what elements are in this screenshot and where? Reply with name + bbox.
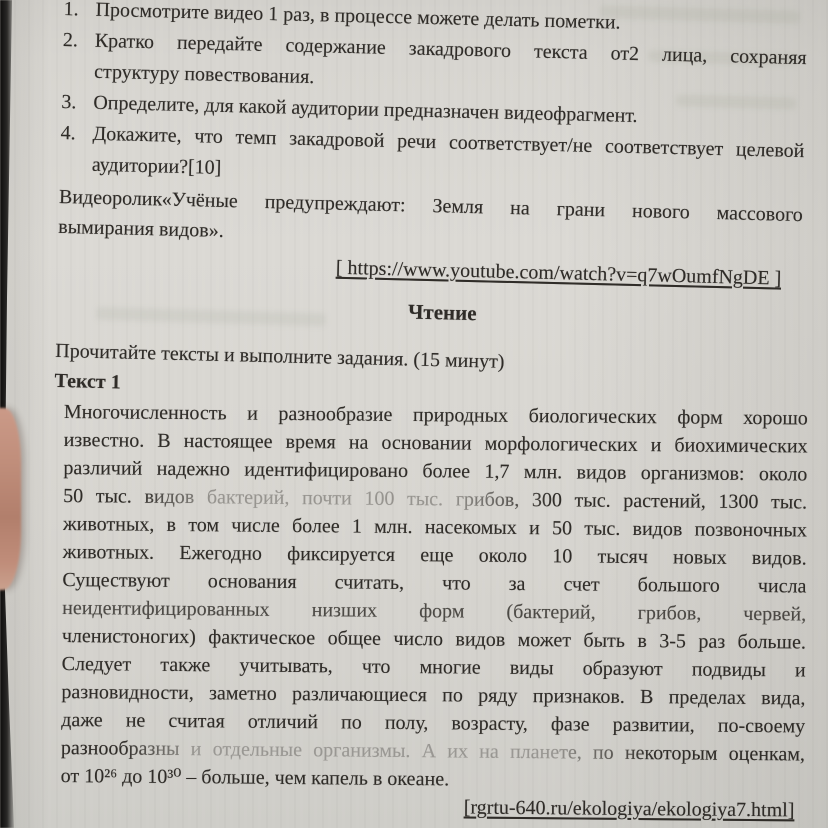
video-url: [ https://www.youtube.com/watch?v=q7wOum… — [336, 257, 782, 290]
task-number: 3. — [61, 87, 94, 119]
finger-holding-page — [0, 408, 21, 590]
tasks-section: 1. Просмотрите видео 1 раз, в процессе м… — [54, 0, 808, 414]
text1-section: Многочисленность и разнообразие природны… — [60, 398, 808, 824]
section-heading-reading: Чтение — [70, 288, 815, 336]
source-url: [rgrtu-640.ru/ekologiya/ekologiya7.html] — [464, 797, 795, 822]
text1-paragraph: Многочисленность и разнообразие природны… — [61, 398, 808, 796]
source-citation: [rgrtu-640.ru/ekologiya/ekologiya7.html] — [60, 790, 804, 824]
paper-sheet: 1. Просмотрите видео 1 раз, в процессе м… — [0, 0, 828, 828]
task-number: 2. — [62, 25, 96, 88]
document-content: 1. Просмотрите видео 1 раз, в процессе м… — [64, 0, 808, 818]
task-number: 4. — [59, 118, 93, 181]
task-number: 1. — [63, 0, 96, 26]
